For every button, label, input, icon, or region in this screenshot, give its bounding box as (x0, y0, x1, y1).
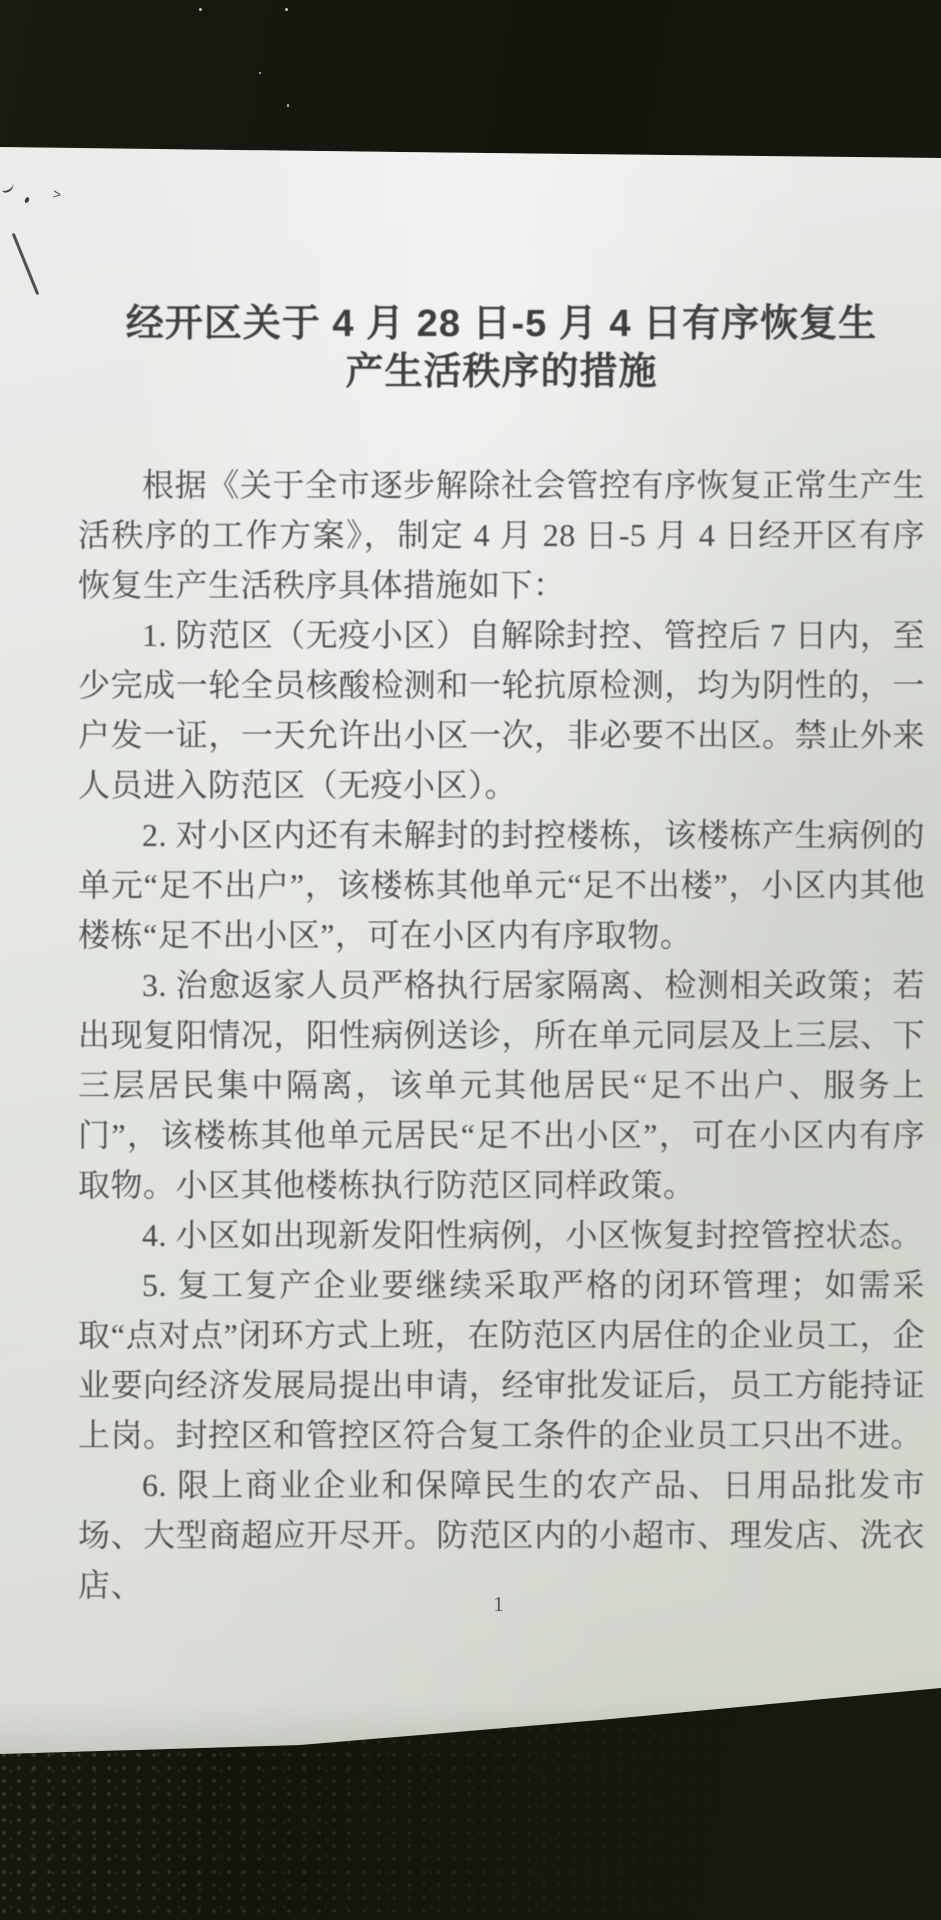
document-paragraph: 5. 复工复产企业要继续采取严格的闭环管理；如需采取“点对点”闭环方式上班，在防… (78, 1260, 925, 1460)
page-number: 1 (0, 1592, 941, 1617)
document-title-line-2: 产生活秩序的措施 (78, 348, 925, 396)
document-paragraph: 3. 治愈返家人员严格执行居家隔离、检测相关政策；若出现复阳情况，阳性病例送诊，… (78, 960, 925, 1210)
document-paragraph: 1. 防范区（无疫小区）自解除封控、管控后 7 日内，至少完成一轮全员核酸检测和… (78, 610, 925, 810)
document-paragraph: 根据《关于全市逐步解除社会管控有序恢复正常生产生活秩序的工作方案》，制定 4 月… (78, 460, 925, 610)
document-body: 根据《关于全市逐步解除社会管控有序恢复正常生产生活秩序的工作方案》，制定 4 月… (78, 460, 925, 1610)
pen-mark-dot (24, 196, 30, 203)
dust-speck (199, 8, 202, 11)
dust-speck (259, 72, 261, 74)
document-title-line-1: 经开区关于 4 月 28 日-5 月 4 日有序恢复生 (78, 300, 925, 348)
pen-mark-stroke (12, 233, 40, 295)
document-content: 经开区关于 4 月 28 日-5 月 4 日有序恢复生 产生活秩序的措施 根据《… (78, 300, 925, 1610)
photo-of-document: > 经开区关于 4 月 28 日-5 月 4 日有序恢复生 产生活秩序的措施 根… (0, 0, 941, 1920)
document-paragraph: 6. 限上商业企业和保障民生的农产品、日用品批发市场、大型商超应开尽开。防范区内… (78, 1460, 925, 1610)
dust-speck (285, 8, 288, 11)
paper-sheet: > 经开区关于 4 月 28 日-5 月 4 日有序恢复生 产生活秩序的措施 根… (0, 0, 941, 1920)
document-paragraph: 2. 对小区内还有未解封的封控楼栋，该楼栋产生病例的单元“足不出户”，该楼栋其他… (78, 810, 925, 960)
pen-mark-squiggle (0, 179, 15, 193)
dust-speck (287, 104, 289, 107)
pen-mark-chevron: > (52, 186, 62, 203)
document-paragraph: 4. 小区如出现新发阳性病例，小区恢复封控管控状态。 (78, 1210, 925, 1260)
